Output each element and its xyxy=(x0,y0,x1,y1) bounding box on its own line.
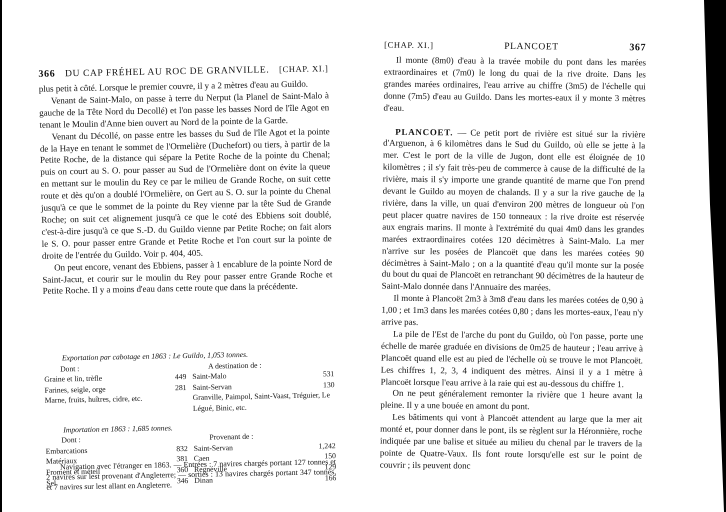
row-label: Embarcations xyxy=(46,446,88,457)
section-text: — Ce petit port de rivière est situé sur… xyxy=(382,127,646,293)
row-label: Saint-Malo xyxy=(192,371,226,382)
row-label: Granville, Paimpol, Saint-Vaast, Tréguie… xyxy=(193,391,335,415)
row-value: 1,242 xyxy=(318,441,335,452)
scan-right-border xyxy=(686,0,726,512)
export-table: Dont : Graine et lin, trèfle449 Farines,… xyxy=(44,359,335,418)
scan-left-border xyxy=(0,0,2,512)
table-row: Granville, Paimpol, Saint-Vaast, Tréguie… xyxy=(193,391,335,415)
right-page: [CHAP. XI.] PLANCOET 367 Il monte (8m0) … xyxy=(379,0,646,512)
running-title: DU CAP FRÉHEL AU ROC DE GRANVILLE. xyxy=(65,65,269,79)
paragraph: Il monte (8m0) d'eau à la travée mobile … xyxy=(383,55,646,117)
navigation-note: Navigation avec l'étranger en 1863. — En… xyxy=(46,457,337,493)
row-value: 130 xyxy=(323,380,335,391)
navigation-note-text: Navigation avec l'étranger en 1863. — En… xyxy=(46,457,337,493)
left-running-head: 366 DU CAP FRÉHEL AU ROC DE GRANVILLE. [… xyxy=(38,63,328,80)
row-value: 449 xyxy=(175,372,187,383)
right-running-head: [CHAP. XI.] PLANCOET 367 xyxy=(384,40,646,54)
section-paragraph: PLANCOET. — Ce petit port de rivière est… xyxy=(382,126,646,295)
table-row: Marne, fruits, huîtres, cidre, etc. xyxy=(45,393,187,406)
section-keyword: PLANCOET. xyxy=(395,126,453,137)
paragraph: Il monte à Plancoët 2m3 à 3m8 d'eau dans… xyxy=(381,293,643,331)
page-number: 366 xyxy=(38,68,55,79)
row-value: 281 xyxy=(175,383,187,394)
row-label: Saint-Servan xyxy=(192,382,231,393)
left-body-text: plus petit à côté. Lorsque le premier co… xyxy=(39,78,333,298)
chapter-label: [CHAP. XI.] xyxy=(279,63,329,74)
paragraph: Les bâtiments qui vont à Plancoët attend… xyxy=(380,412,643,474)
paragraph: Venant du Décollé, on passe entre les ba… xyxy=(40,126,332,263)
paragraph: On ne peut généralement remonter la rivi… xyxy=(380,388,642,415)
left-page: 366 DU CAP FRÉHEL AU ROC DE GRANVILLE. [… xyxy=(37,0,337,512)
row-value: 832 xyxy=(176,444,188,455)
chapter-label: [CHAP. XI.] xyxy=(384,40,433,51)
paragraph: La pile de l'Est de l'arche du pont du G… xyxy=(381,329,644,391)
row-label: Saint-Servan xyxy=(194,443,233,454)
right-body-text: Il monte (8m0) d'eau à la travée mobile … xyxy=(380,55,646,475)
row-value: 531 xyxy=(323,369,335,380)
page-number: 367 xyxy=(629,42,646,53)
running-title: PLANCOET xyxy=(504,42,559,53)
paragraph: On peut encore, venant des Ebbiens, pass… xyxy=(42,257,333,298)
paragraph: Venant de Saint-Malo, on passe à terre d… xyxy=(39,90,330,131)
row-label: Marne, fruits, huîtres, cidre, etc. xyxy=(45,394,143,406)
